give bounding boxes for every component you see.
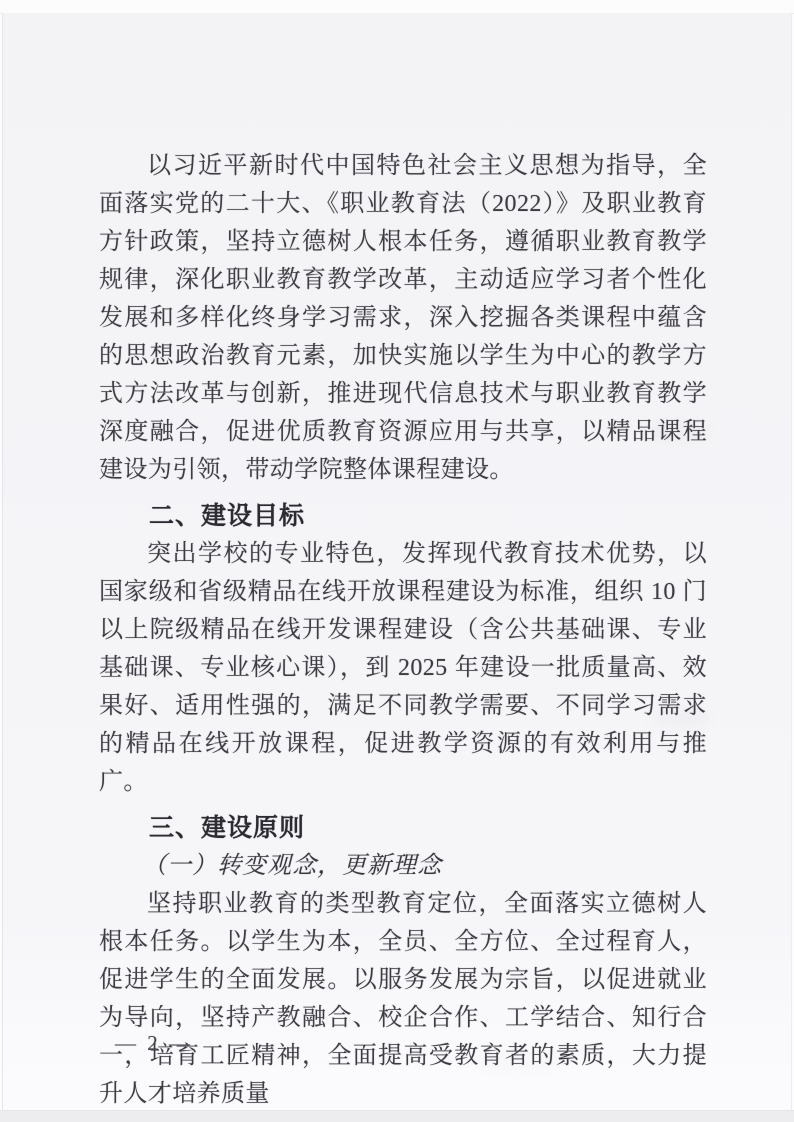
page-number: — 2 — — [115, 1031, 193, 1055]
document-text-block: 以习近平新时代中国特色社会主义思想为指导，全面落实党的二十大、《职业教育法（20… — [99, 147, 707, 1113]
section-heading-construction-principles: 三、建设原则 — [99, 809, 707, 847]
construction-goals-paragraph: 突出学校的专业特色，发挥现代教育技术优势，以国家级和省级精品在线开放课程建设为标… — [99, 535, 707, 801]
construction-principles-paragraph: 坚持职业教育的类型教育定位，全面落实立德树人根本任务。以学生为本，全员、全方位、… — [99, 885, 707, 1113]
intro-paragraph: 以习近平新时代中国特色社会主义思想为指导，全面落实党的二十大、《职业教育法（20… — [99, 147, 707, 489]
scanned-document-canvas: 以习近平新时代中国特色社会主义思想为指导，全面落实党的二十大、《职业教育法（20… — [0, 0, 794, 1122]
subsection-heading-change-concepts: （一）转变观念，更新理念 — [99, 847, 707, 885]
document-page: 以习近平新时代中国特色社会主义思想为指导，全面落实党的二十大、《职业教育法（20… — [2, 13, 792, 1111]
section-heading-construction-goals: 二、建设目标 — [99, 497, 707, 535]
page-bottom-edge — [0, 1110, 794, 1122]
page-top-edge — [0, 0, 794, 14]
